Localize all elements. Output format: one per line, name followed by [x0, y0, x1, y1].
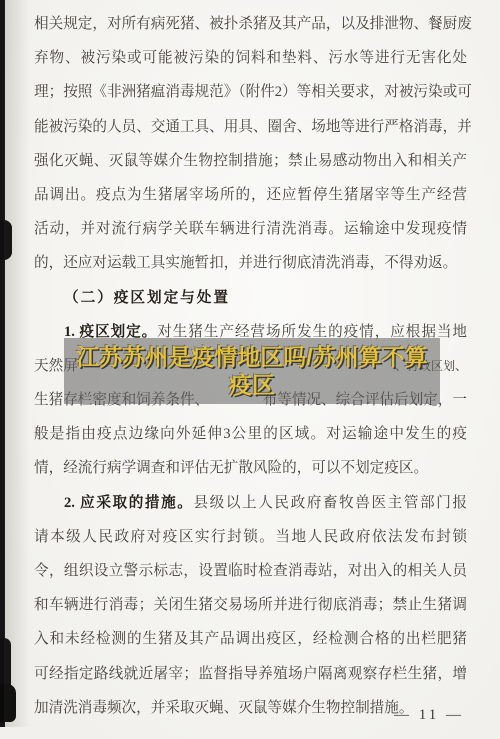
text-line: 情，经流行病学调查和评估无扩散风险的，可以不划定疫区。: [34, 451, 467, 485]
text-line: 品调出。疫点为生猪屠宰场所的，还应暂停生猪屠宰等生产经营: [34, 178, 467, 212]
text-line: 入和未经检测的生猪及其产品调出疫区，经检测合格的出栏肥猪: [34, 622, 467, 656]
text-line: 般是指由疫点边缘向外延伸3公里的区域。对运输途中发生的疫: [34, 417, 467, 451]
page-number: — 11 —: [394, 707, 464, 724]
text-line: 2. 应采取的措施。县级以上人民政府畜牧兽医主管部门报: [34, 486, 467, 520]
text-line: 强化灭蝇、灭鼠等媒介生物控制措施；禁止易感动物出入和相关产: [34, 144, 467, 178]
text-line: 可经指定路线就近屠宰；监督指导养殖场户隔离观察存栏生猪，增: [34, 657, 467, 691]
caption-title-line2: 疫区: [229, 371, 275, 399]
item-number-label: 2. 应采取的措施。: [64, 495, 193, 511]
text-line: 理；按照《非洲猪瘟消毒规范》（附件2）等相关要求，对被污染或可: [34, 75, 467, 109]
item-text: 县级以上人民政府畜牧兽医主管部门报: [193, 495, 467, 511]
caption-overlay: 江苏苏州是疫情地区吗/苏州算不算 疫区: [64, 338, 440, 404]
scanned-document-page: 相关规定，对所有病死猪、被扑杀猪及其产品，以及排泄物、餐厨废 弃物、被污染或可能…: [0, 0, 500, 739]
text-line: 令，组织设立警示标志，设置临时检查消毒站，对出入的相关人员: [34, 554, 467, 588]
text-line: 活动，并对流行病学关联车辆进行清洗消毒。运输途中发现疫情: [34, 212, 467, 246]
text-line: 能被污染的人员、交通工具、用具、圈舍、场地等进行严格消毒，并: [34, 110, 467, 144]
caption-title-line1: 江苏苏州是疫情地区吗/苏州算不算: [76, 343, 427, 371]
text-line: 弃物、被污染或可能被污染的饲料和垫料、污水等进行无害化处: [34, 41, 467, 75]
text-line: 的，还应对运载工具实施暂扣，并进行彻底清洗消毒，不得劝返。: [34, 246, 467, 280]
text-line: 请本级人民政府对疫区实行封锁。当地人民政府依法发布封锁: [34, 520, 467, 554]
text-line: 和车辆进行消毒；关闭生猪交易场所并进行彻底消毒；禁止生猪调: [34, 588, 467, 622]
section-heading: （二）疫区划定与处置: [34, 281, 467, 315]
text-line: 相关规定，对所有病死猪、被扑杀猪及其产品，以及排泄物、餐厨废: [34, 7, 467, 41]
